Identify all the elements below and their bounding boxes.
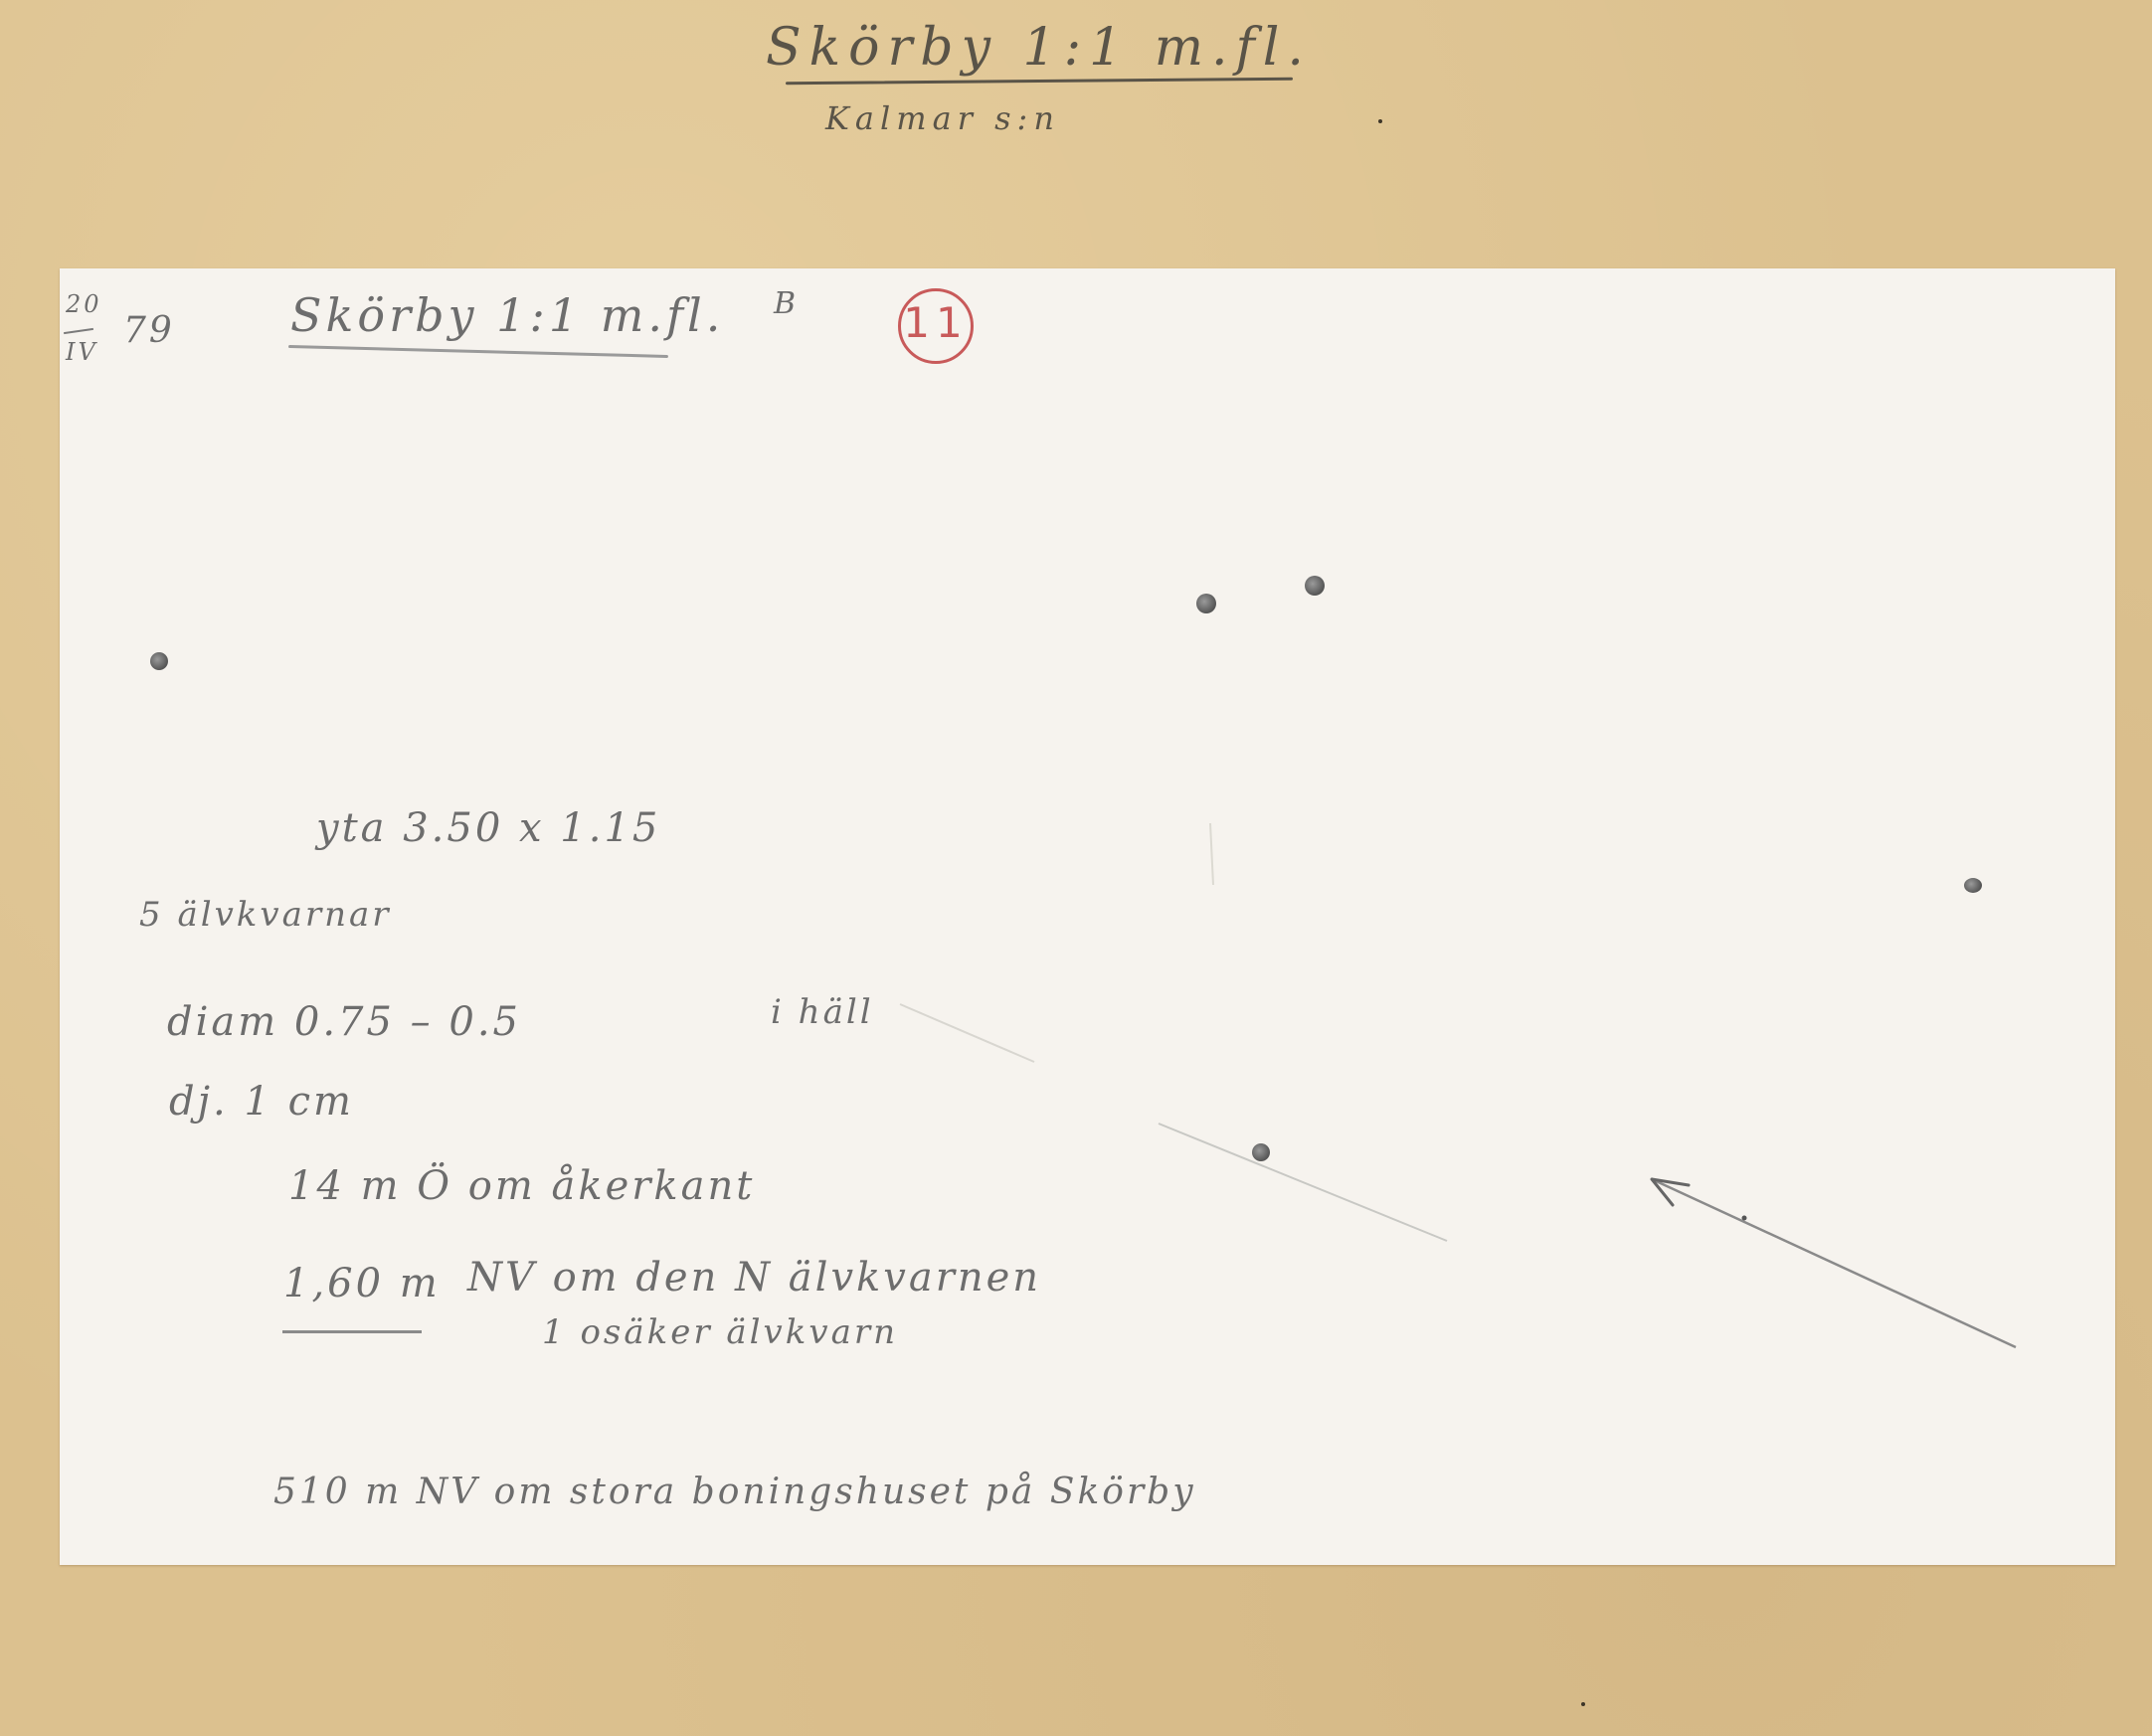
sketch-lines [0,0,2152,1736]
faint-line [900,1004,1034,1062]
faint-line [1210,823,1213,885]
north-arrow-icon [1652,1179,2016,1347]
faint-line [1159,1124,1447,1241]
